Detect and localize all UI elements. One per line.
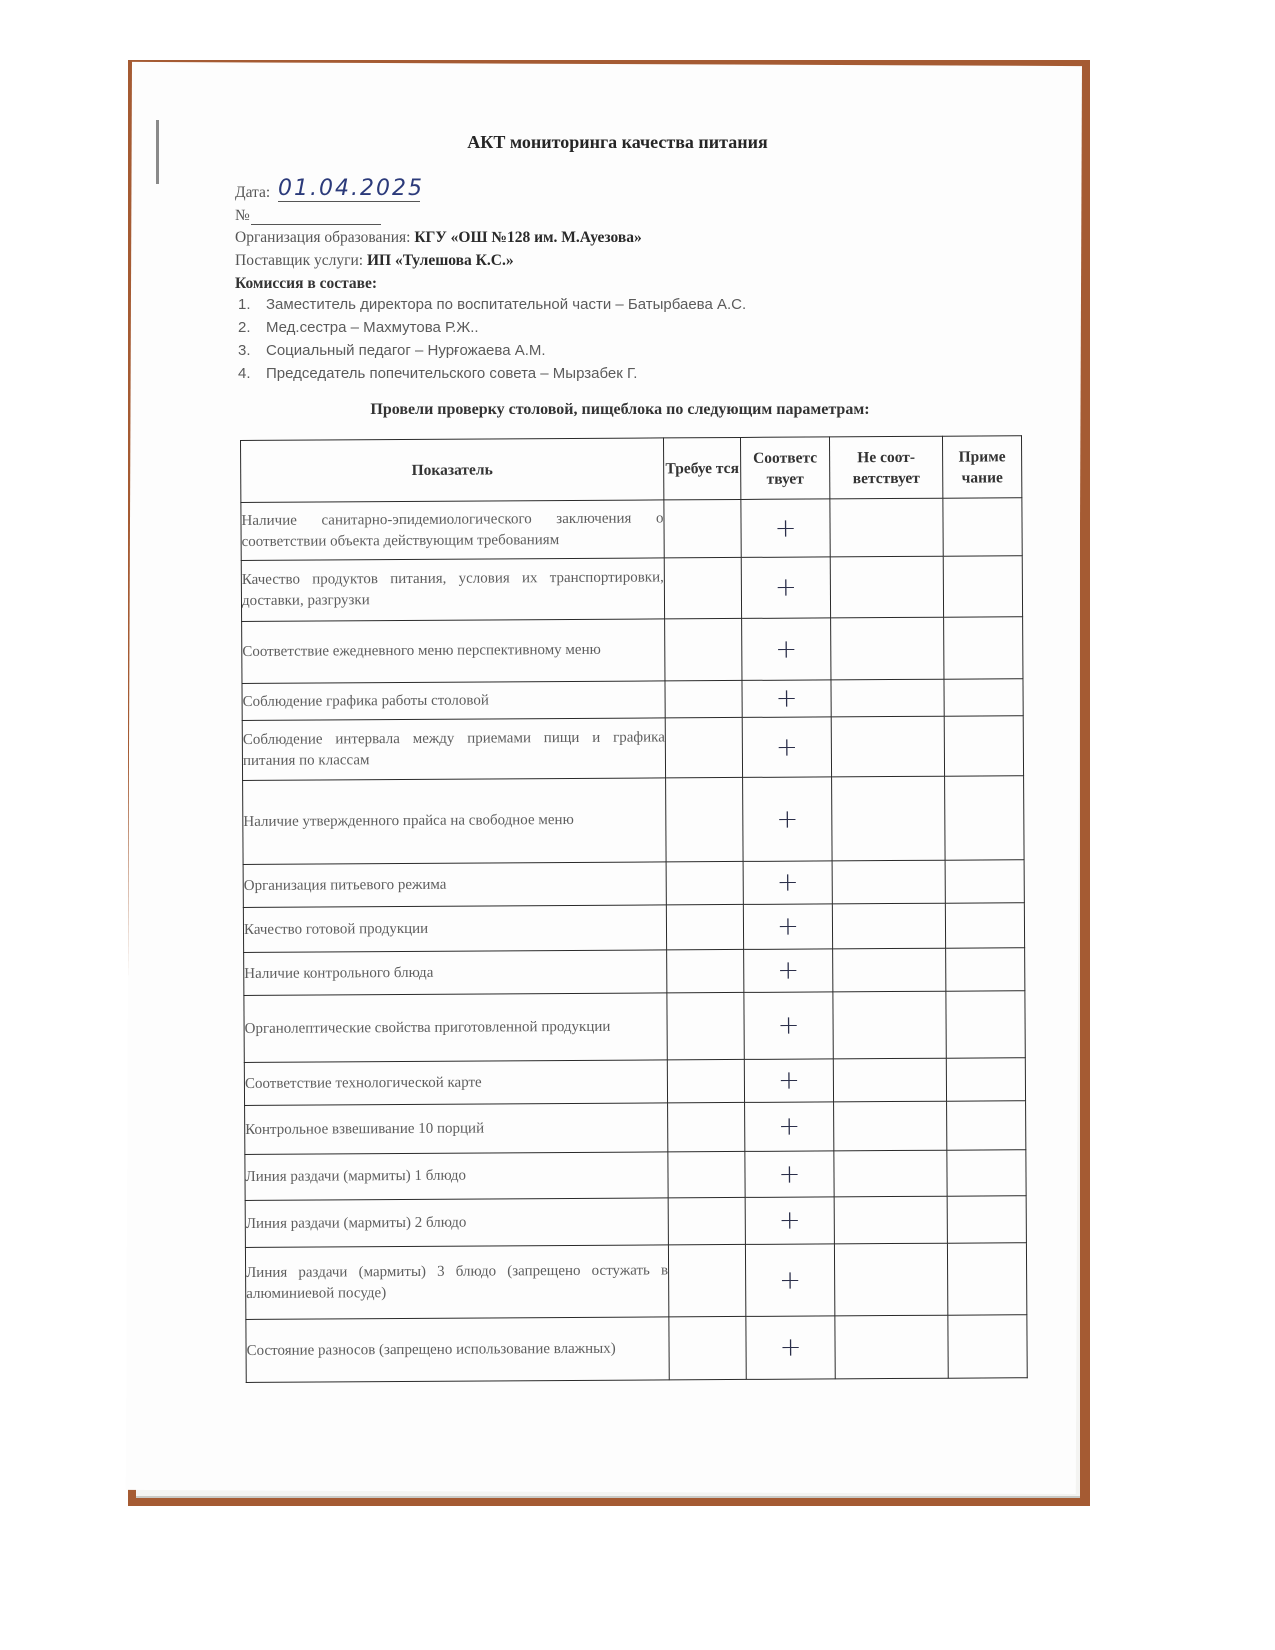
note-cell (944, 716, 1023, 776)
note-cell (947, 1243, 1026, 1315)
complies-cell: + (743, 904, 832, 950)
organization-value: КГУ «ОШ №128 им. М.Ауезова» (414, 229, 641, 246)
required-cell (669, 1316, 746, 1379)
header-note: Приме чание (942, 436, 1021, 498)
table-row: Состояние разносов (запрещено использова… (246, 1315, 1027, 1383)
note-cell (946, 1058, 1025, 1101)
required-cell (668, 1102, 745, 1151)
not-complies-cell (831, 679, 944, 717)
note-cell (943, 498, 1022, 556)
required-cell (665, 717, 742, 777)
organization-label: Организация образования: (235, 229, 410, 246)
note-cell (944, 679, 1023, 716)
header-complies: Соответс твует (740, 437, 829, 500)
commission-member: 4. Председатель попечительского совета –… (238, 365, 746, 388)
supplier-value: ИП «Тулешова К.С.» (367, 252, 514, 269)
table-row: Наличие контрольного блюда+ (244, 948, 1025, 996)
organization-line: Организация образования: КГУ «ОШ №128 им… (235, 229, 642, 247)
table-row: Качество продуктов питания, условия их т… (241, 556, 1022, 622)
not-complies-cell (833, 948, 946, 992)
required-cell (668, 1151, 745, 1197)
indicator-cell: Линия раздачи (мармиты) 3 блюдо (запреще… (245, 1245, 668, 1320)
indicator-cell: Наличие контрольного блюда (244, 950, 667, 996)
required-cell (668, 1197, 745, 1244)
note-cell (947, 1101, 1026, 1150)
table-row: Линия раздачи (мармиты) 2 блюдо+ (245, 1196, 1026, 1248)
note-cell (948, 1315, 1027, 1378)
inspection-subtitle: Провели проверку столовой, пищеблока по … (0, 401, 1240, 419)
table-header-row: Показатель Требуе тся Соответс твует Не … (241, 436, 1022, 503)
table-row: Наличие утвержденного прайса на свободно… (243, 776, 1024, 865)
table-row: Соответствие технологической карте+ (244, 1058, 1025, 1106)
not-complies-cell (834, 1101, 947, 1151)
header-indicator: Показатель (241, 438, 664, 503)
indicator-cell: Наличие санитарно-эпидемиологического за… (241, 500, 664, 561)
required-cell (664, 499, 741, 557)
commission-member: 2. Мед.сестра – Махмутова Р.Ж.. (238, 319, 746, 342)
required-cell (668, 1244, 745, 1316)
not-complies-cell (832, 903, 945, 949)
commission-member: 3. Социальный педагог – Нурғожаева А.М. (238, 342, 746, 365)
indicator-cell: Соответствие ежедневного меню перспектив… (242, 619, 665, 684)
required-cell (667, 992, 744, 1059)
indicator-cell: Линия раздачи (мармиты) 2 блюдо (245, 1198, 668, 1248)
complies-cell: + (742, 680, 831, 718)
commission-member: 1. Заместитель директора по воспитательн… (238, 296, 746, 319)
indicator-cell: Организация питьевого режима (243, 862, 666, 908)
not-complies-cell (830, 498, 943, 557)
not-complies-cell (832, 860, 945, 904)
complies-cell: + (743, 777, 833, 862)
indicator-cell: Соответствие технологической карте (244, 1060, 667, 1106)
inspection-table: Показатель Требуе тся Соответс твует Не … (240, 435, 1028, 1383)
table-row: Соблюдение интервала между приемами пищи… (242, 716, 1023, 781)
note-cell (947, 1150, 1026, 1196)
complies-cell: + (741, 499, 830, 558)
supplier-line: Поставщик услуги: ИП «Тулешова К.С.» (235, 252, 514, 270)
note-cell (945, 903, 1024, 948)
not-complies-cell (833, 1058, 946, 1102)
required-cell (667, 949, 744, 992)
header-not-complies: Не соот- ветствует (829, 436, 942, 499)
complies-cell: + (744, 992, 833, 1060)
commission-label: Комиссия в составе: (235, 275, 377, 293)
required-cell (666, 904, 743, 949)
not-complies-cell (835, 1315, 948, 1379)
table-row: Наличие санитарно-эпидемиологического за… (241, 498, 1022, 561)
not-complies-cell (834, 1150, 947, 1197)
supplier-label: Поставщик услуги: (235, 252, 363, 269)
table-row: Соответствие ежедневного меню перспектив… (242, 617, 1023, 684)
complies-cell: + (744, 949, 833, 993)
commission-list: 1. Заместитель директора по воспитательн… (238, 296, 746, 388)
not-complies-cell (832, 776, 946, 861)
required-cell (665, 618, 742, 680)
indicator-cell: Органолептические свойства приготовленно… (244, 993, 667, 1063)
indicator-cell: Состояние разносов (запрещено использова… (246, 1317, 669, 1383)
date-label: Дата: (235, 184, 270, 202)
note-cell (946, 948, 1025, 991)
complies-cell: + (745, 1244, 834, 1317)
complies-cell: + (746, 1316, 835, 1380)
required-cell (665, 680, 742, 717)
table-row: Линия раздачи (мармиты) 3 блюдо (запреще… (245, 1243, 1026, 1320)
note-cell (944, 617, 1023, 679)
required-cell (664, 557, 741, 618)
number-field-line (251, 224, 381, 225)
not-complies-cell (830, 556, 943, 618)
number-label: № (235, 207, 250, 225)
indicator-cell: Качество продуктов питания, условия их т… (241, 558, 664, 622)
date-value: 01.04.2025 (278, 176, 420, 202)
table-row: Качество готовой продукции+ (243, 903, 1024, 953)
required-cell (666, 777, 744, 861)
required-cell (667, 1059, 744, 1102)
note-cell (946, 991, 1025, 1058)
note-cell (947, 1196, 1026, 1243)
table-row: Контрольное взвешивание 10 порций+ (245, 1101, 1026, 1155)
complies-cell: + (745, 1102, 834, 1152)
header-required: Требуе тся (663, 437, 740, 499)
complies-cell: + (743, 861, 832, 905)
indicator-cell: Соблюдение интервала между приемами пищи… (242, 718, 665, 781)
note-cell (945, 776, 1025, 860)
table-row: Соблюдение графика работы столовой+ (242, 679, 1023, 721)
not-complies-cell (834, 1243, 947, 1316)
table-row: Линия раздачи (мармиты) 1 блюдо+ (245, 1150, 1026, 1201)
document-title: АКТ мониторинга качества питания (0, 132, 1235, 153)
indicator-cell: Контрольное взвешивание 10 порций (245, 1103, 668, 1155)
complies-cell: + (741, 557, 830, 619)
table-row: Организация питьевого режима+ (243, 860, 1024, 908)
indicator-cell: Соблюдение графика работы столовой (242, 681, 665, 721)
not-complies-cell (831, 617, 944, 680)
not-complies-cell (833, 991, 946, 1059)
not-complies-cell (834, 1196, 947, 1244)
note-cell (945, 860, 1024, 903)
complies-cell: + (742, 618, 831, 681)
indicator-cell: Качество готовой продукции (243, 905, 666, 953)
required-cell (666, 861, 743, 904)
table-row: Органолептические свойства приготовленно… (244, 991, 1025, 1063)
complies-cell: + (742, 717, 831, 778)
indicator-cell: Наличие утвержденного прайса на свободно… (243, 778, 667, 865)
not-complies-cell (831, 716, 944, 777)
note-cell (943, 556, 1022, 617)
complies-cell: + (745, 1151, 834, 1198)
complies-cell: + (744, 1059, 833, 1103)
indicator-cell: Линия раздачи (мармиты) 1 блюдо (245, 1152, 668, 1201)
complies-cell: + (745, 1197, 834, 1245)
